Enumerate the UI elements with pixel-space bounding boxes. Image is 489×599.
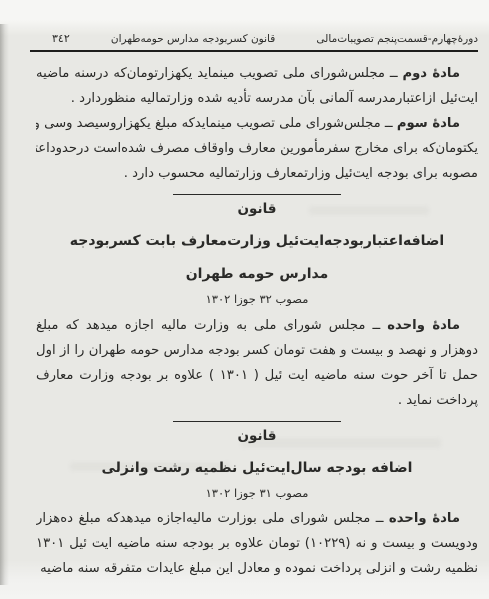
page-content: دورۀچهارم-قسمت‌پنجم تصویبات‌مالی قانون ک… [0,0,489,599]
header-rule [30,50,478,52]
law1-article: مادۀ واحده ــ مجلس شورای ملی به وزارت ما… [36,313,478,413]
running-header: دورۀچهارم-قسمت‌پنجم تصویبات‌مالی قانون ک… [36,32,478,46]
law2-article-line-1: مادۀ واحده ــ مجلس شورای ملی بوزارت مالی… [36,506,478,531]
article-two-line-2: ایت‌ئیل ازاعتبارمدرسه آلمانی بآن مدرسه ت… [36,86,478,111]
law2-article: مادۀ واحده ــ مجلس شورای ملی بوزارت مالی… [36,506,478,581]
running-head-session: دورۀچهارم-قسمت‌پنجم تصویبات‌مالی [316,32,478,46]
law2-article-text: ــ مجلس شورای ملی بوزارت مالیه‌اجازه مید… [36,511,384,526]
law1-title-line2: مدارس حومه طهران [36,264,478,285]
article-two-text: ــ مجلس‌شورای ملی تصویب مینماید یکهزارتو… [36,66,398,81]
law1-kicker: قانون [36,199,478,219]
section-divider [173,421,341,422]
section-divider [173,194,341,195]
law2-kicker: قانون [36,426,478,446]
article-two: مادۀ دوم ــ مجلس‌شورای ملی تصویب مینماید… [36,61,478,111]
law2-article-label: مادۀ واحده [389,511,460,526]
law1-approval-date: مصوب ۳۲ جوزا ۱۳۰۲ [36,292,478,307]
law1-article-line-1: مادۀ واحده ــ مجلس شورای ملی به وزارت ما… [36,313,478,338]
article-three-label: مادۀ سوم [397,116,460,131]
law1-article-text: ــ مجلس شورای ملی به وزارت مالیه اجازه م… [36,318,380,333]
law2-title-line1: اضافه بودجه سال‌ایت‌ئیل نظمیه رشت وانزلی [36,458,478,479]
article-three-line-3: مصوبه برای بودجه ایت‌ئیل وزارتمعارف وزار… [36,161,478,186]
page-number: ۳٤۲ [36,32,70,46]
law1-article-line-3: حمل تا آخر حوت سنه ماضیه ایت ئیل ( ۱۳۰۱ … [36,363,478,388]
article-two-line-1: مادۀ دوم ــ مجلس‌شورای ملی تصویب مینماید… [36,61,478,86]
law2-approval-date: مصوب ۳۱ جوزا ۱۳۰۲ [36,486,478,501]
law1-article-line-4: پرداخت نماید . [36,388,478,413]
law2-article-line-2: ودویست و بیست و نه (۱۰۲۲۹) تومان علاوه ب… [36,531,478,556]
article-three-line-2: یکتومان‌که برای مخارج سفرمأمورین معارف و… [36,136,478,161]
law1-title-line1: اضافه‌اعتباربودجه‌ایت‌ئیل وزارت‌معارف با… [36,231,478,252]
law2-article-line-3: نظمیه رشت و انزلی پرداخت نموده و معادل ا… [36,556,478,581]
law1-article-line-2: دوهزار و نهصد و بیست و هفت تومان کسر بود… [36,338,478,363]
article-two-label: مادۀ دوم [402,66,460,81]
scanned-law-page: دورۀچهارم-قسمت‌پنجم تصویبات‌مالی قانون ک… [0,0,489,599]
article-three-line-1: مادۀ سوم ــ مجلس‌شورای ملی تصویب مینماید… [36,111,478,136]
article-three: مادۀ سوم ــ مجلس‌شورای ملی تصویب مینماید… [36,111,478,186]
law1-article-label: مادۀ واحده [387,318,460,333]
running-head-law-title: قانون کسربودجه مدارس حومه‌طهران [111,32,275,46]
article-three-text: ــ مجلس‌شورای ملی تصویب مینمایدکه مبلغ ی… [36,116,393,131]
